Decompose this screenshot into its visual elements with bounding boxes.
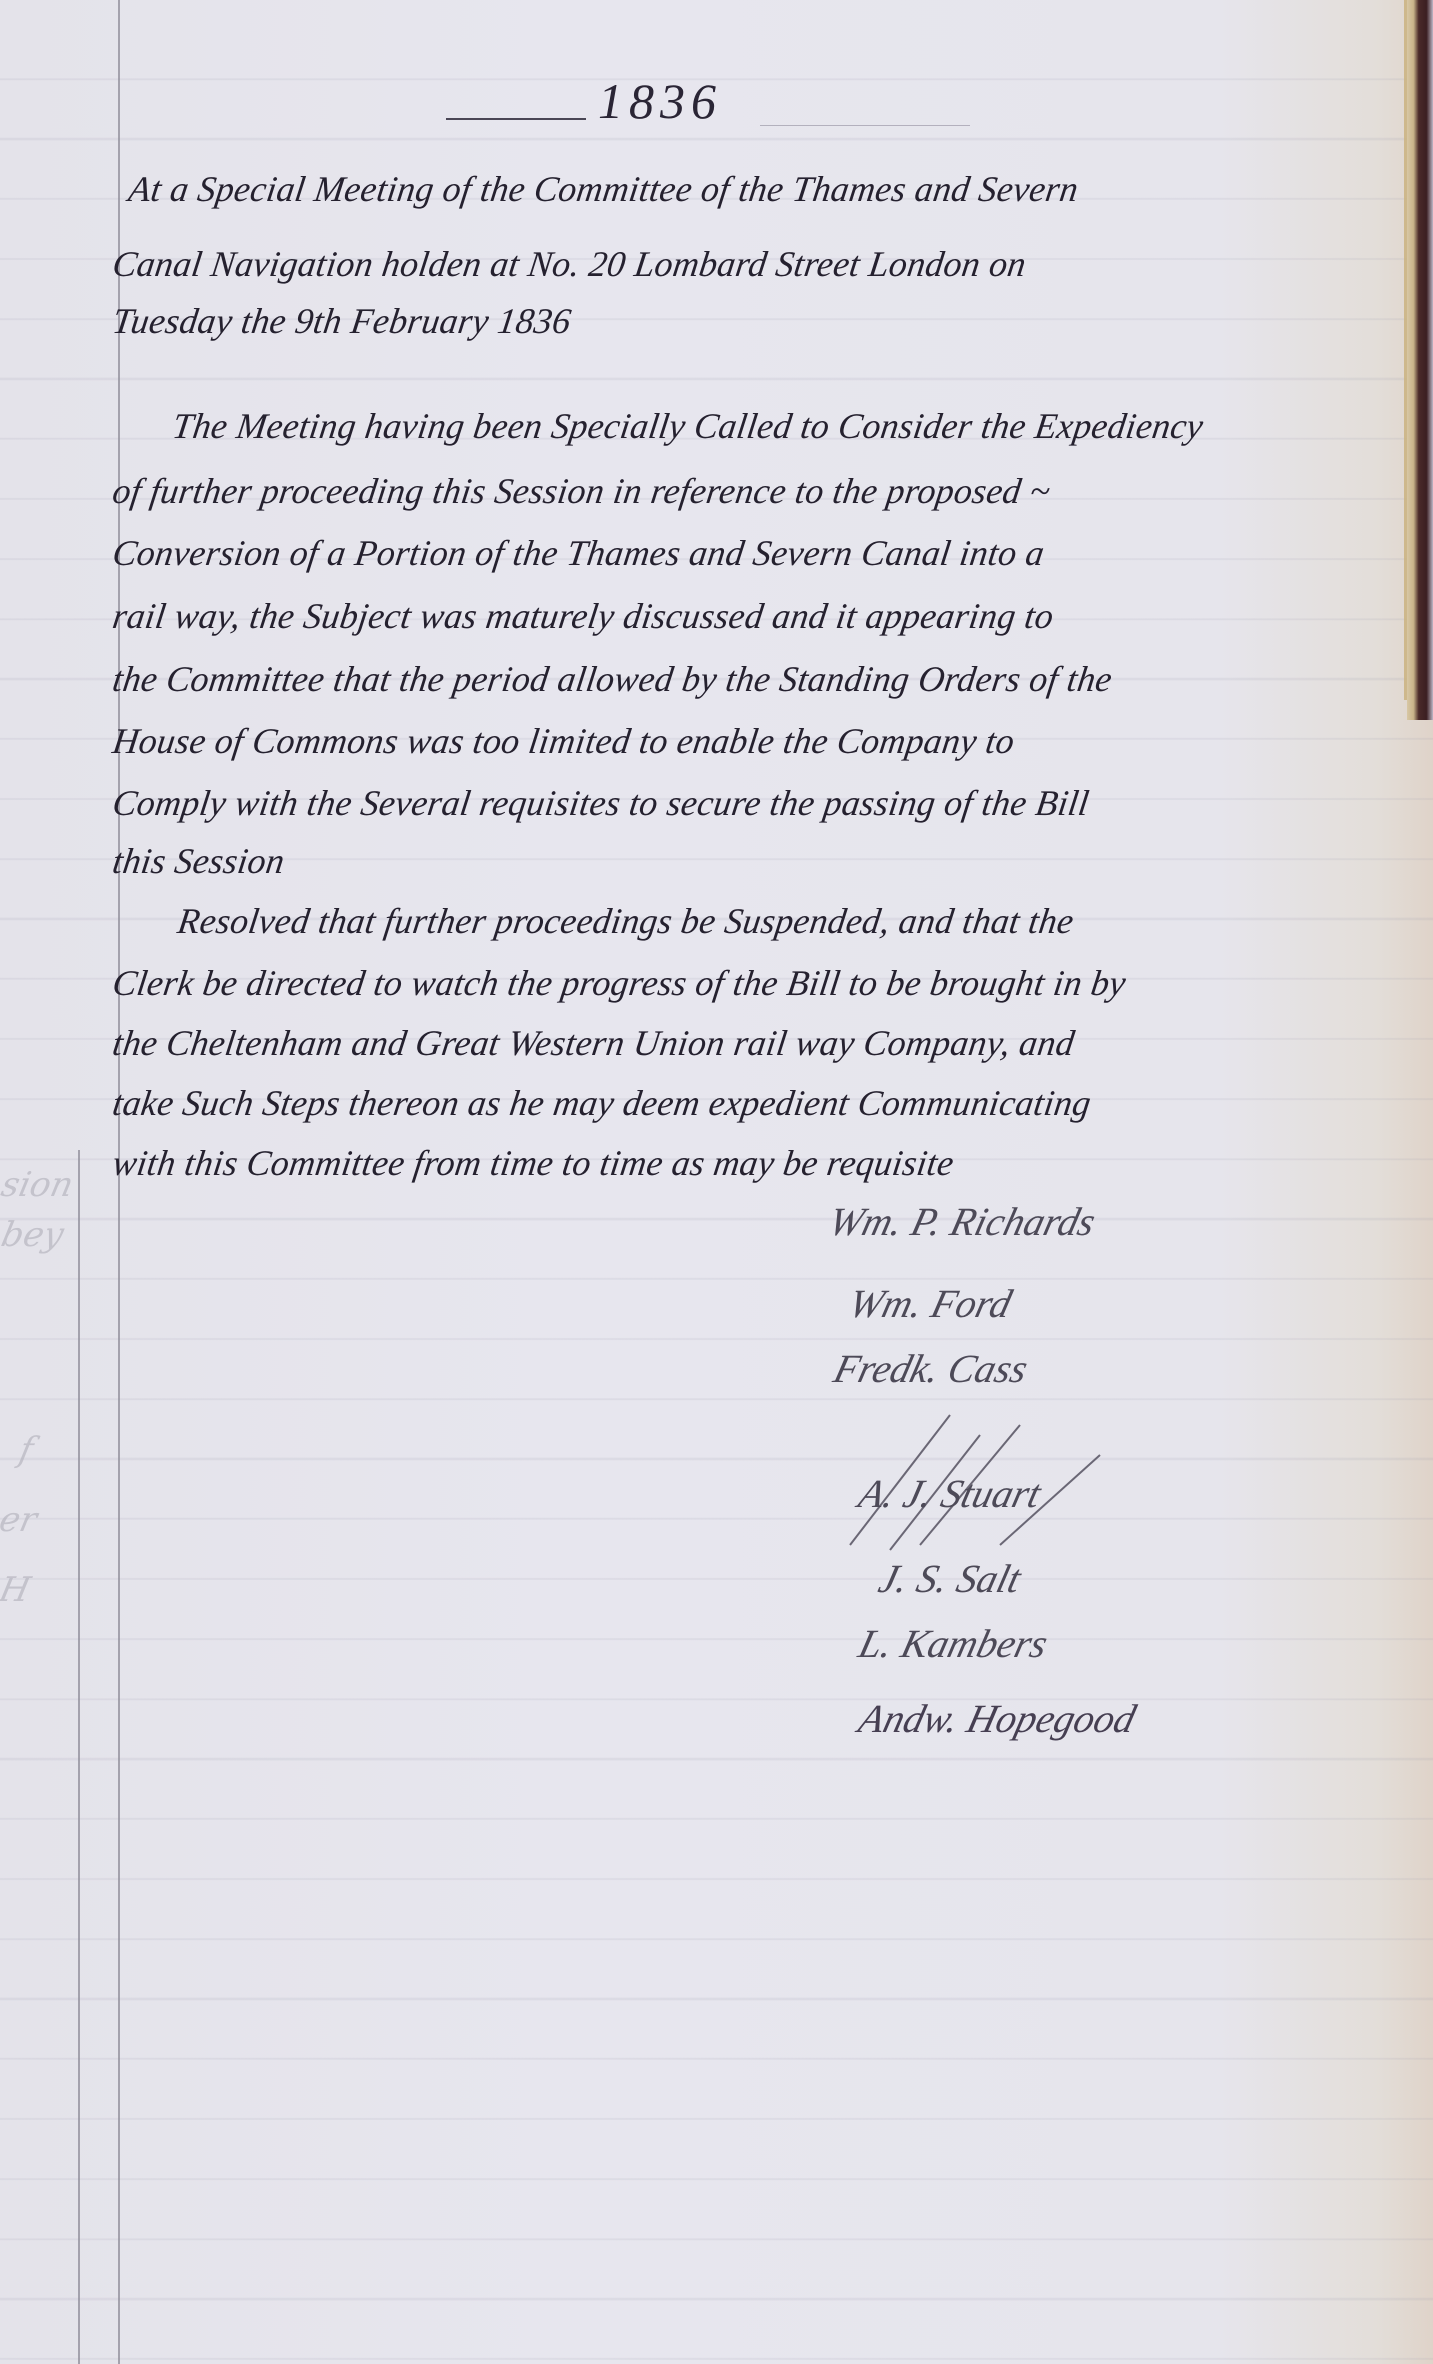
signature: A. J. Stuart bbox=[854, 1470, 1046, 1517]
paragraph-1-line: the Committee that the period allowed by… bbox=[110, 658, 1406, 700]
year-heading: 1836 bbox=[598, 72, 722, 130]
paragraph-2-line: take Such Steps thereon as he may deem e… bbox=[110, 1082, 1406, 1124]
paragraph-2-line: with this Committee from time to time as… bbox=[110, 1142, 1406, 1184]
margin-ghost-text: bey bbox=[0, 1215, 67, 1255]
paragraph-1-line: rail way, the Subject was maturely discu… bbox=[110, 595, 1406, 637]
signature: Wm. P. Richards bbox=[824, 1198, 1100, 1245]
left-margin-rule-lower bbox=[78, 1150, 80, 2364]
paragraph-1-line: Conversion of a Portion of the Thames an… bbox=[110, 532, 1406, 574]
heading-line: At a Special Meeting of the Committee of… bbox=[126, 168, 1422, 210]
year-underline-right bbox=[760, 125, 970, 126]
book-binding-edge bbox=[1407, 0, 1433, 720]
heading-line: Tuesday the 9th February 1836 bbox=[110, 300, 1406, 342]
signature: L. Kambers bbox=[854, 1620, 1052, 1667]
manuscript-page: sion bey f er H 1836 At a Special Meetin… bbox=[0, 0, 1433, 2364]
signature: Fredk. Cass bbox=[829, 1345, 1033, 1392]
paragraph-1-line: of further proceeding this Session in re… bbox=[110, 470, 1406, 512]
paragraph-1-line: Comply with the Several requisites to se… bbox=[110, 782, 1406, 824]
paragraph-2-line: Clerk be directed to watch the progress … bbox=[110, 962, 1406, 1004]
paragraph-1-line: House of Commons was too limited to enab… bbox=[110, 720, 1406, 762]
margin-ghost-text: sion bbox=[0, 1165, 77, 1205]
paragraph-1-line: this Session bbox=[110, 840, 1406, 882]
year-underline-left bbox=[446, 118, 586, 120]
signature: Wm. Ford bbox=[844, 1280, 1016, 1327]
paragraph-1-line: The Meeting having been Specially Called… bbox=[170, 405, 1433, 447]
paragraph-2-line: the Cheltenham and Great Western Union r… bbox=[110, 1022, 1406, 1064]
paragraph-2-line: Resolved that further proceedings be Sus… bbox=[175, 900, 1433, 942]
heading-line: Canal Navigation holden at No. 20 Lombar… bbox=[110, 243, 1406, 285]
signature: J. S. Salt bbox=[874, 1555, 1026, 1602]
signature: Andw. Hopegood bbox=[854, 1695, 1141, 1742]
